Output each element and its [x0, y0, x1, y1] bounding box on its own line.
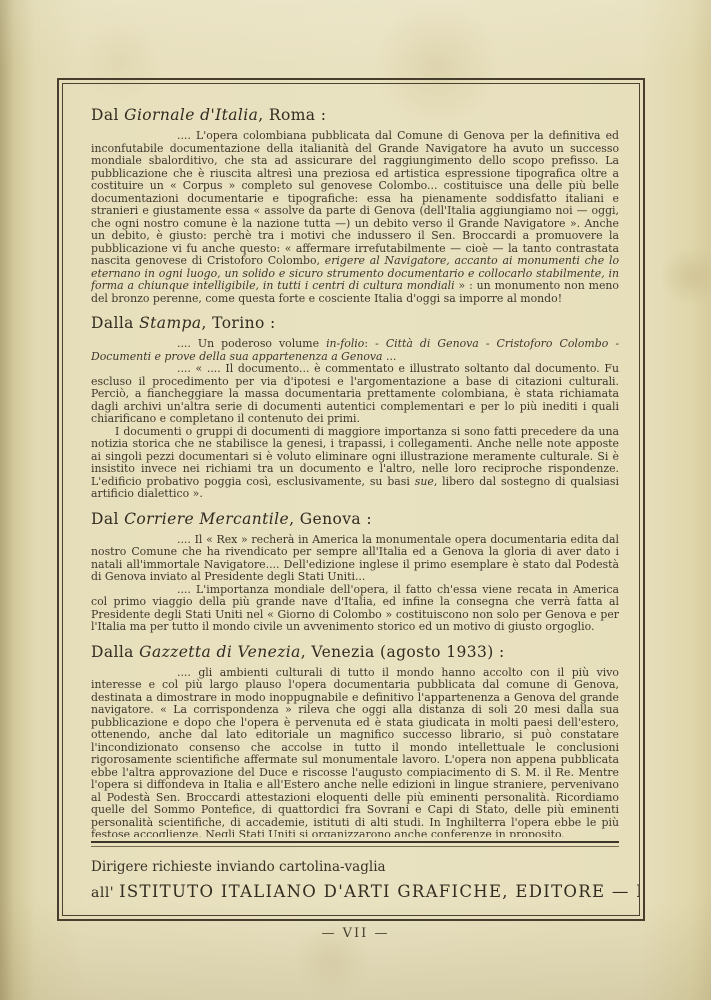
section-corriere-mercantile: Dal Corriere Mercantile, Genova : .... I…	[91, 510, 619, 634]
paragraph: .... Un poderoso volume in-folio: - Citt…	[91, 338, 619, 363]
publisher-footer: Dirigere richieste inviando cartolina-va…	[91, 837, 619, 901]
footer-instruction: Dirigere richieste inviando cartolina-va…	[91, 859, 619, 875]
separator-thick-line	[91, 841, 619, 843]
section-gazzetta-di-venezia: Dalla Gazzetta di Venezia, Venezia (agos…	[91, 643, 619, 838]
section-stampa: Dalla Stampa, Torino : .... Un poderoso …	[91, 314, 619, 501]
paragraph: I documenti o gruppi di documenti di mag…	[91, 426, 619, 501]
section-heading: Dal Corriere Mercantile, Genova :	[91, 510, 619, 529]
paragraph: .... Il « Rex » recherà in America la mo…	[91, 534, 619, 584]
page-frame-inner: Dal Giornale d'Italia, Roma : .... L'ope…	[62, 83, 640, 916]
paragraph: .... L'opera colombiana pubblicata dal C…	[91, 130, 619, 305]
page-frame: Dal Giornale d'Italia, Roma : .... L'ope…	[57, 78, 645, 921]
separator-thin-line	[91, 846, 619, 847]
scanned-book-page: Dal Giornale d'Italia, Roma : .... L'ope…	[0, 0, 711, 1000]
paragraph: .... L'importanza mondiale dell'opera, i…	[91, 584, 619, 634]
paragraph: .... gli ambienti culturali di tutto il …	[91, 667, 619, 838]
page-number: — VII —	[0, 926, 711, 941]
press-reviews-content: Dal Giornale d'Italia, Roma : .... L'ope…	[91, 106, 619, 837]
section-heading: Dal Giornale d'Italia, Roma :	[91, 106, 619, 125]
section-giornale-d-italia: Dal Giornale d'Italia, Roma : .... L'ope…	[91, 106, 619, 305]
separator-rule	[91, 841, 619, 847]
section-heading: Dalla Gazzetta di Venezia, Venezia (agos…	[91, 643, 619, 662]
paragraph: .... « .... Il documento... è commentato…	[91, 363, 619, 426]
section-heading: Dalla Stampa, Torino :	[91, 314, 619, 333]
publisher-line: all' ISTITUTO ITALIANO D'ARTI GRAFICHE, …	[91, 882, 619, 901]
